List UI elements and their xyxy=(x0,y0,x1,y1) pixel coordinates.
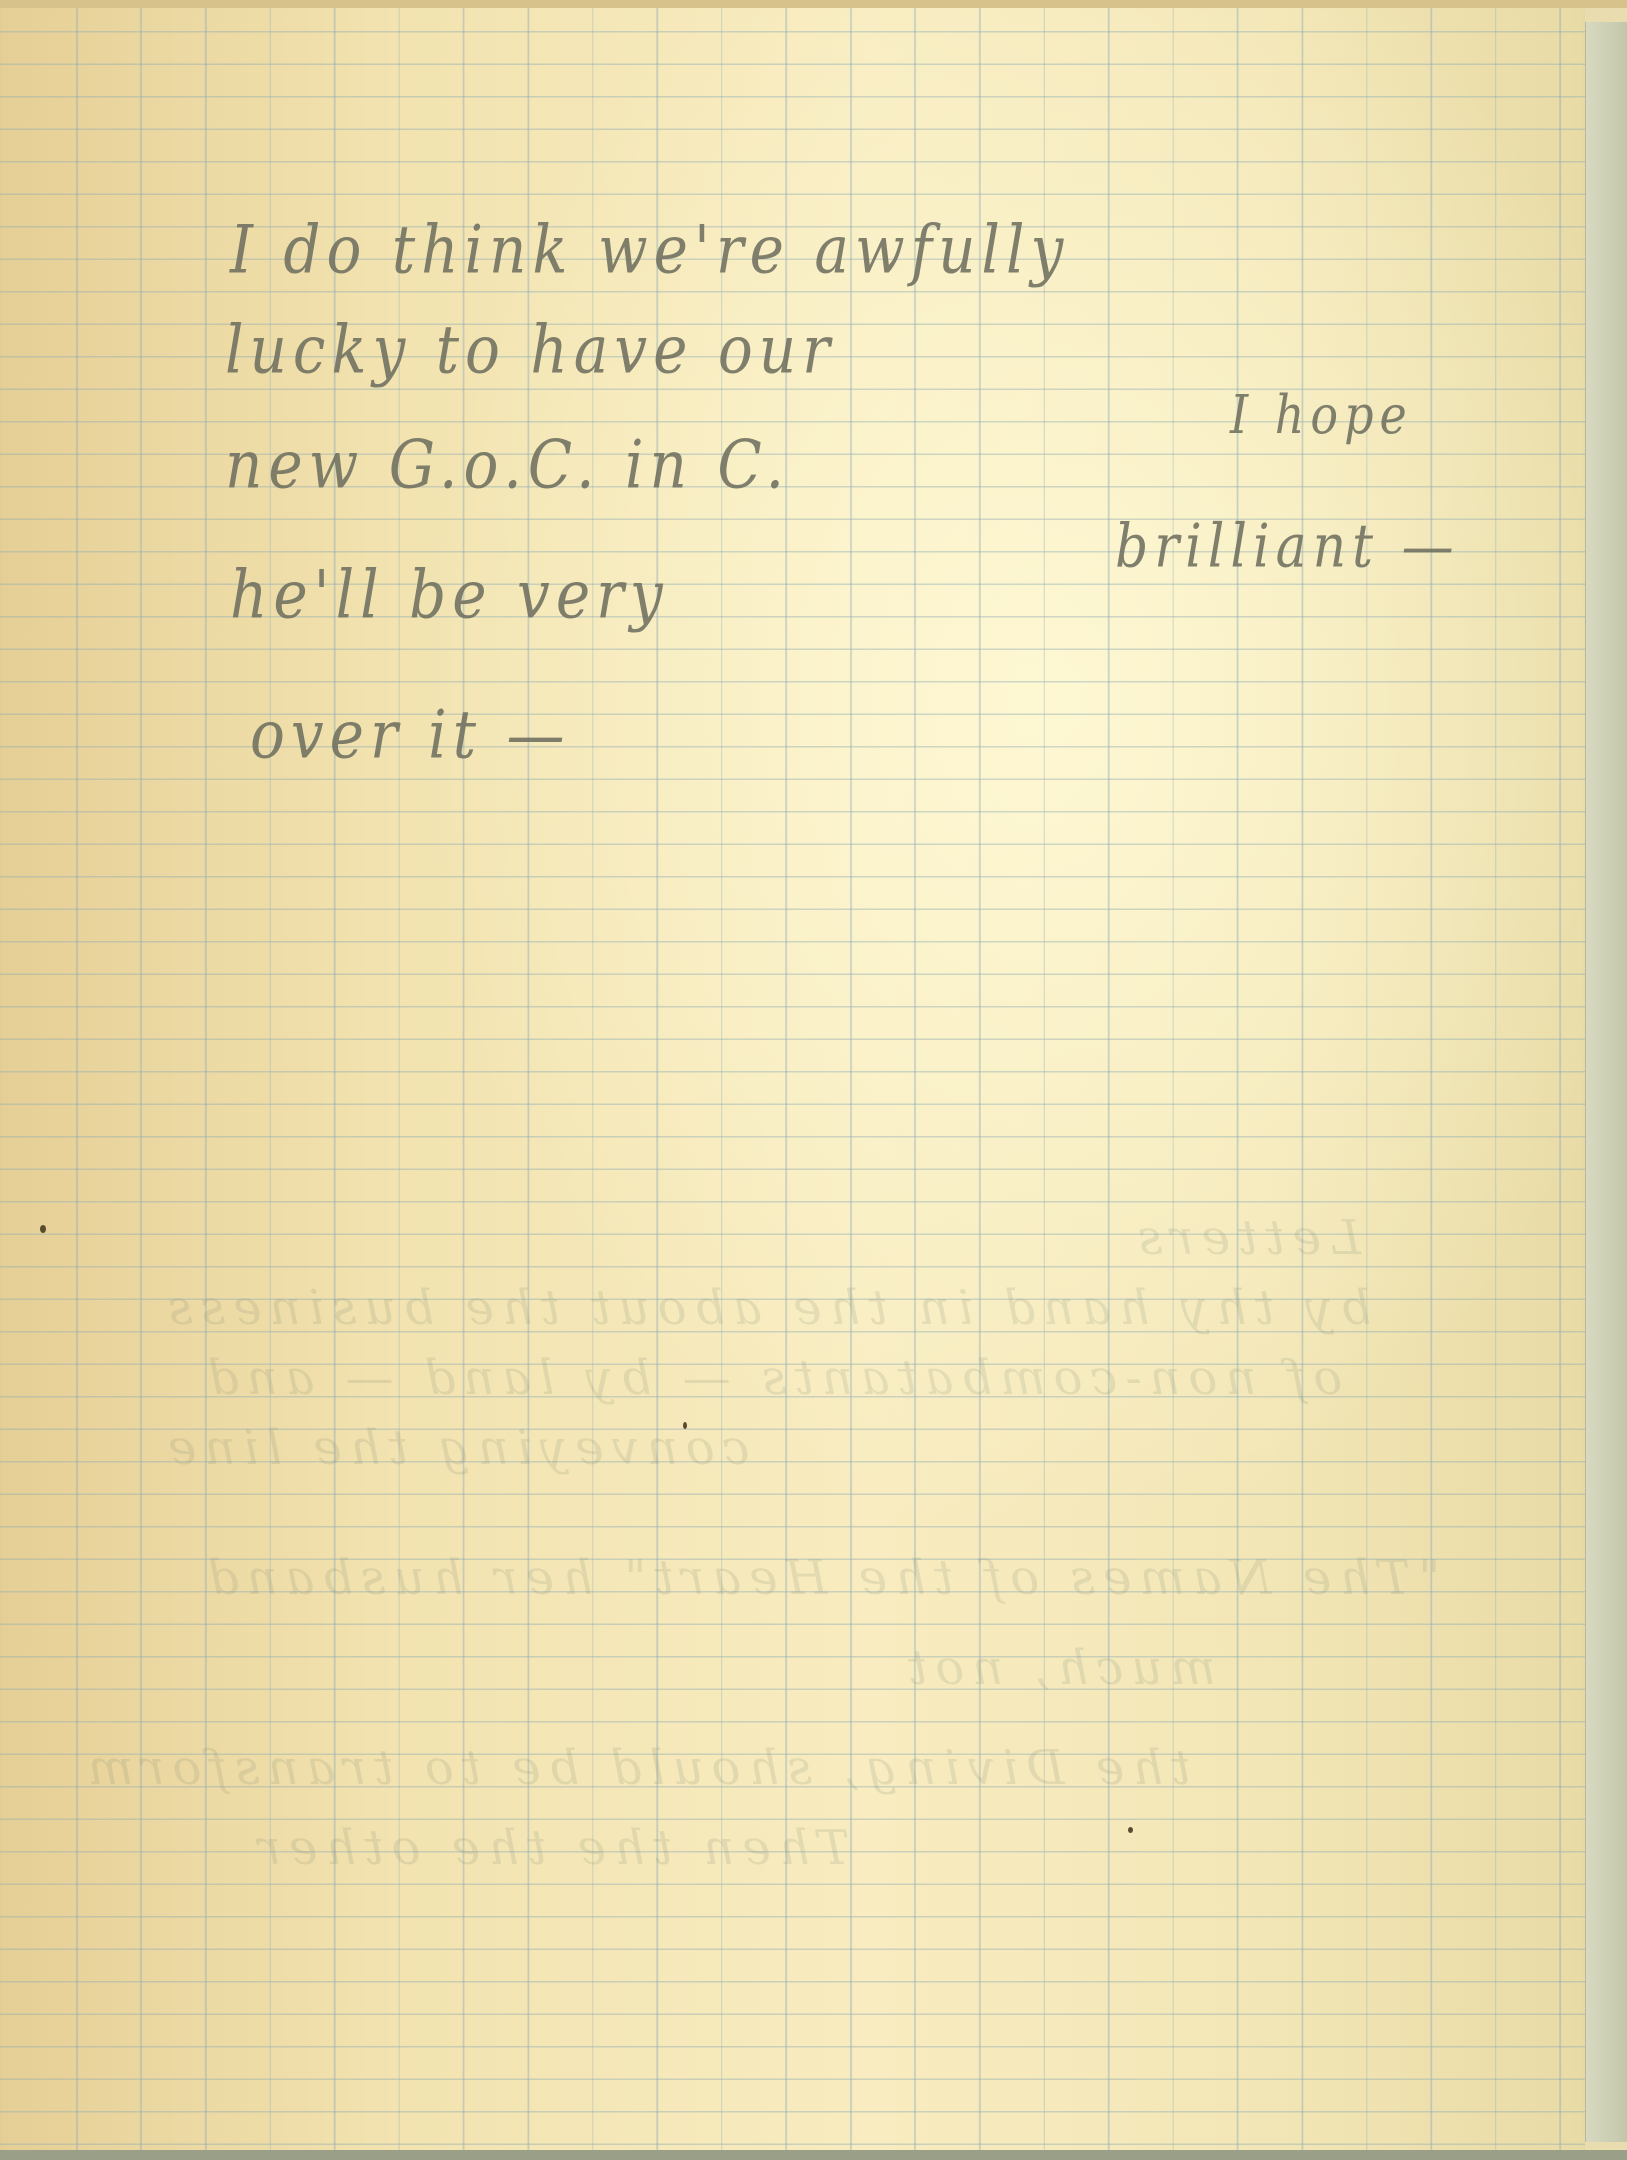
handwritten-line-5: over it — xyxy=(250,701,570,768)
bleed-through-line: of non-combatants — by land — and xyxy=(200,1350,1342,1406)
page-top-edge xyxy=(0,0,1627,8)
bleed-through-line: "The Names of the Heart" her husband xyxy=(200,1550,1440,1606)
bleed-through-line: conveying the line xyxy=(160,1420,749,1476)
handwritten-aside-2: brilliant — xyxy=(1115,517,1460,577)
bleed-through-line: Then the the other xyxy=(250,1820,850,1876)
bleed-through-line: Letters xyxy=(1130,1210,1361,1266)
letter-page: Letters by thy hand in the about the bus… xyxy=(0,0,1585,2150)
handwritten-line-3: new G.o.C. in C. xyxy=(225,431,790,498)
handwritten-aside-1: I hope xyxy=(1230,388,1413,441)
paper-speck xyxy=(1128,1827,1133,1833)
bleed-through-line: much, not xyxy=(900,1640,1216,1696)
binding-strip xyxy=(1585,22,1627,2142)
handwritten-line-2: lucky to have our xyxy=(225,316,836,383)
bleed-through-line: the Diving, should be to transform xyxy=(80,1740,1190,1796)
paper-speck xyxy=(683,1422,687,1429)
paper-speck xyxy=(40,1225,46,1233)
handwritten-line-4: he'll be very xyxy=(230,561,669,628)
bleed-through-line: by thy hand in the about the business xyxy=(160,1280,1371,1336)
handwritten-line-1: I do think we're awfully xyxy=(230,216,1069,283)
page-bottom-edge xyxy=(0,2150,1627,2160)
